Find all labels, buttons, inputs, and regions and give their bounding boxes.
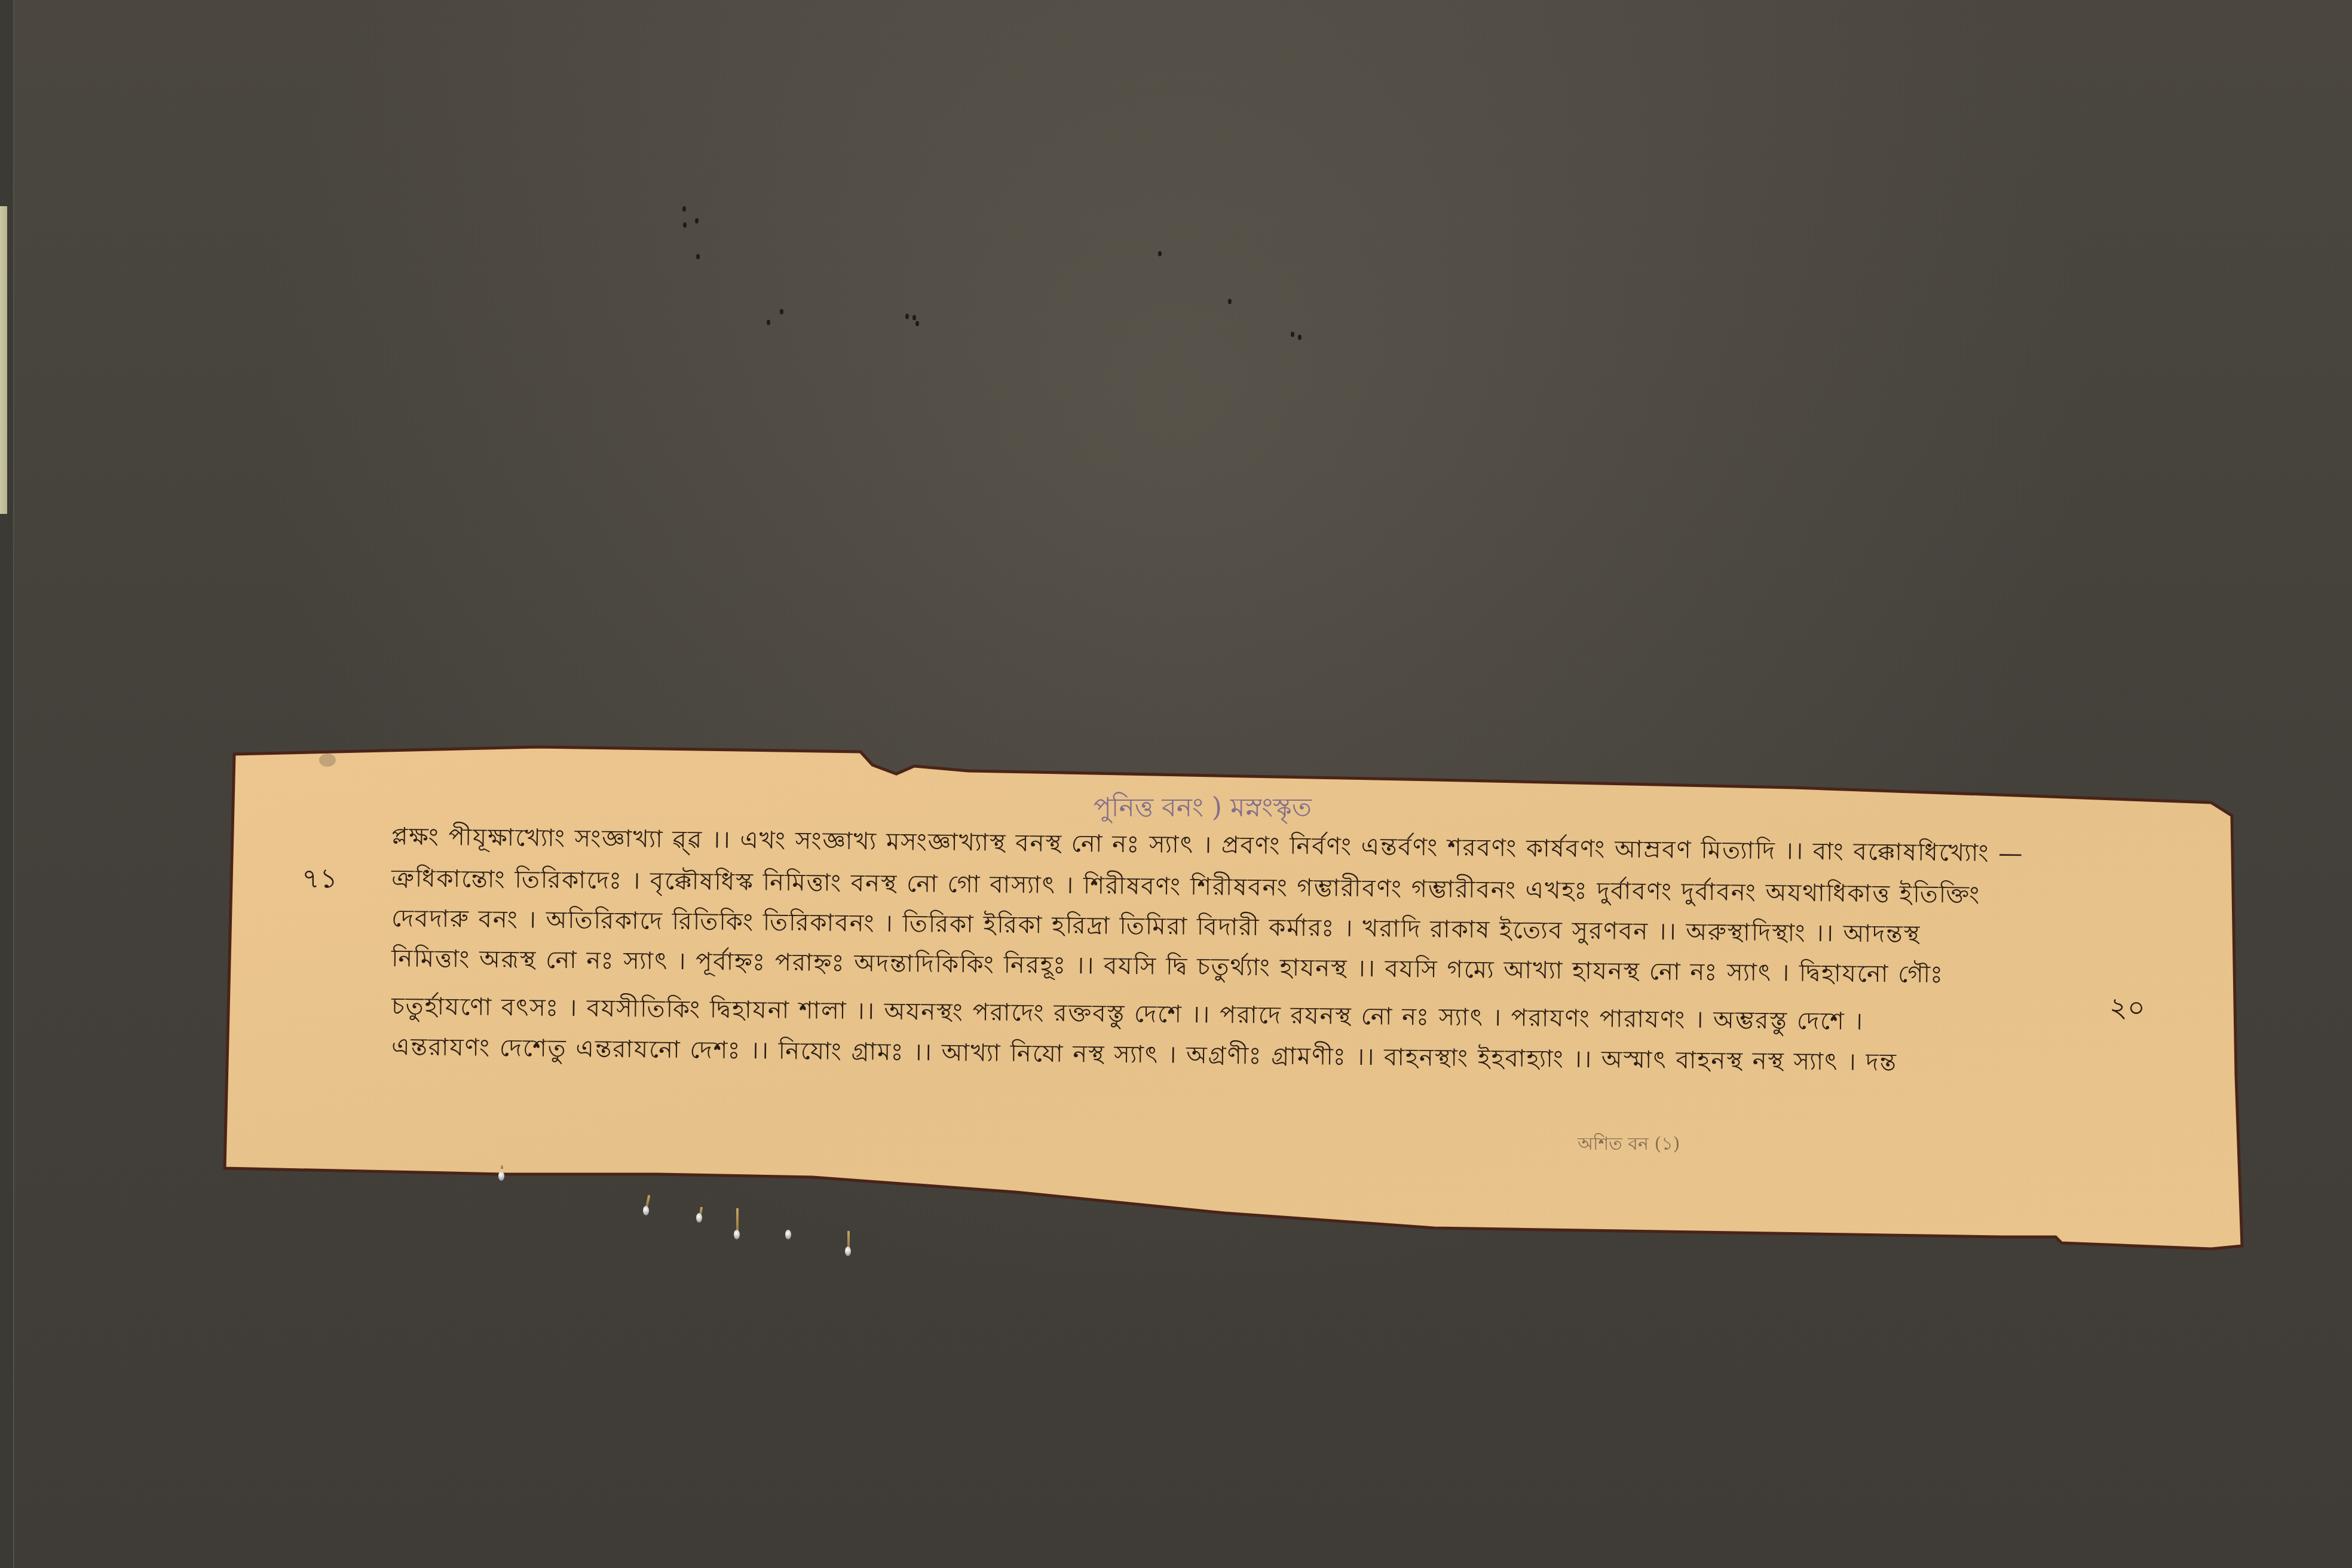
pinhole bbox=[695, 218, 699, 223]
pinhole bbox=[912, 315, 916, 320]
pin-head bbox=[785, 1230, 791, 1239]
pinhole bbox=[780, 309, 783, 314]
mounting-board bbox=[0, 0, 2352, 1568]
pinhole bbox=[915, 321, 919, 326]
pin-head bbox=[643, 1206, 649, 1215]
pin-head bbox=[845, 1247, 851, 1256]
pinhole bbox=[1291, 332, 1294, 337]
pinhole bbox=[1228, 299, 1232, 304]
pinhole bbox=[696, 254, 700, 259]
pin-head bbox=[498, 1171, 504, 1181]
pinhole bbox=[683, 222, 687, 228]
pinhole bbox=[905, 314, 909, 319]
pin-head bbox=[696, 1213, 702, 1223]
pinhole bbox=[1298, 335, 1301, 340]
pinhole bbox=[1158, 251, 1162, 256]
pin bbox=[501, 1165, 503, 1169]
pin-head bbox=[734, 1230, 740, 1239]
pinhole bbox=[767, 320, 770, 325]
pinhole bbox=[682, 206, 686, 212]
adjacent-paper-strip bbox=[0, 206, 7, 514]
